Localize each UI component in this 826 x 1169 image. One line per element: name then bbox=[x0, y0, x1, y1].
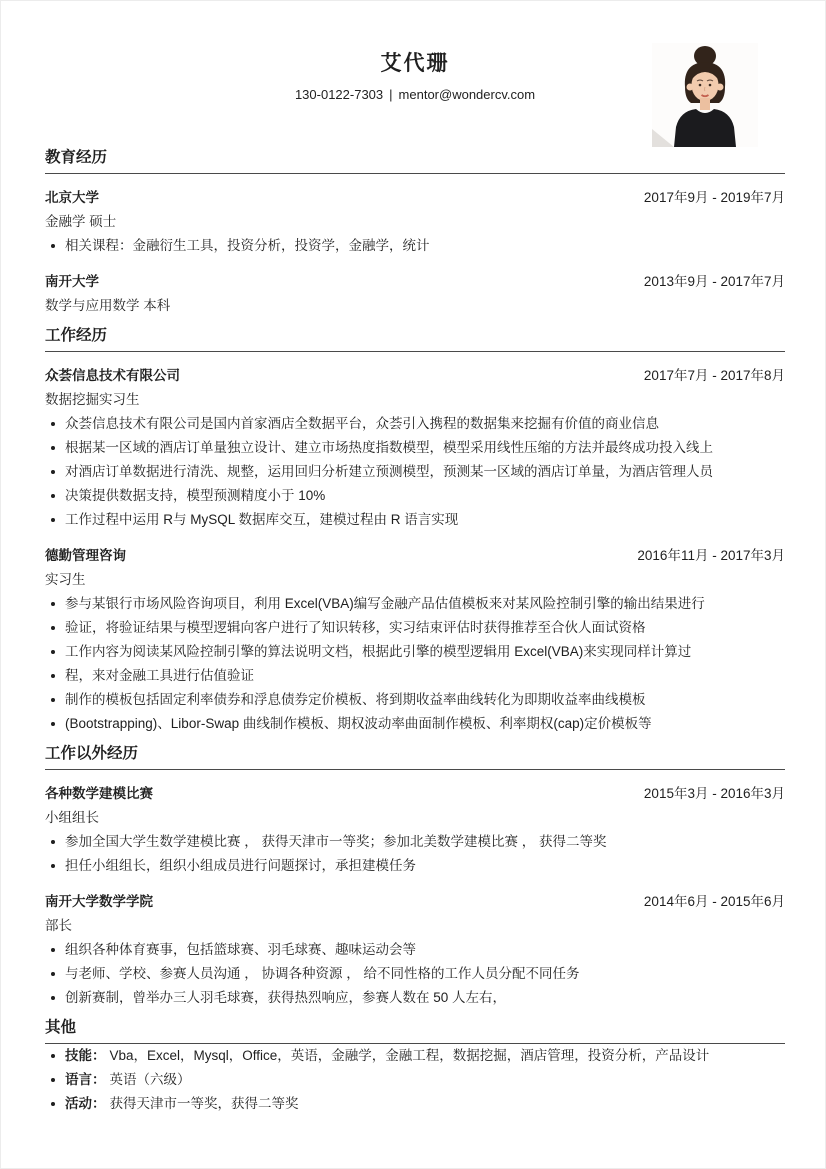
entry-subtitle: 金融学 硕士 bbox=[45, 210, 785, 234]
bullet-list: 参加全国大学生数学建模比赛 ， 获得天津市一等奖；参加北美数学建模比赛 ， 获得… bbox=[45, 830, 785, 878]
bullet-item: 对酒店订单数据进行清洗、规整，运用回归分析建立预测模型，预测某一区域的酒店订单量… bbox=[45, 460, 785, 484]
bullet-text: 英语（六级） bbox=[110, 1072, 191, 1087]
entry-subtitle: 部长 bbox=[45, 914, 785, 938]
profile-photo bbox=[652, 43, 758, 147]
phone-number: 130-0122-7303 bbox=[295, 87, 383, 102]
bullet-list: 众荟信息技术有限公司是国内首家酒店全数据平台，众荟引入携程的数据集来挖掘有价值的… bbox=[45, 412, 785, 532]
bullet-item: 相关课程：金融衍生工具，投资分析，投资学，金融学，统计 bbox=[45, 234, 785, 258]
bullet-item: 活动：获得天津市一等奖，获得二等奖 bbox=[45, 1092, 785, 1116]
bullet-text: Vba，Excel，Mysql，Office，英语，金融学，金融工程，数据挖掘，… bbox=[110, 1048, 710, 1063]
entry-title: 各种数学建模比赛 bbox=[45, 782, 153, 806]
entry-title: 德勤管理咨询 bbox=[45, 544, 126, 568]
section-title-extracurricular: 工作以外经历 bbox=[45, 744, 785, 770]
bullet-item: 根据某一区域的酒店订单量独立设计、建立市场热度指数模型，模型采用线性压缩的方法并… bbox=[45, 436, 785, 460]
bullet-label: 语言： bbox=[65, 1072, 106, 1087]
resume-page: 艾代珊 130-0122-7303|mentor@wondercv.com bbox=[1, 1, 825, 1116]
bullet-list: 技能：Vba，Excel，Mysql，Office，英语，金融学，金融工程，数据… bbox=[45, 1044, 785, 1116]
entry-title: 南开大学数学学院 bbox=[45, 890, 153, 914]
entry-header: 德勤管理咨询2016年11月 - 2017年3月 bbox=[45, 544, 785, 568]
bullet-item: 众荟信息技术有限公司是国内首家酒店全数据平台，众荟引入携程的数据集来挖掘有价值的… bbox=[45, 412, 785, 436]
bullet-list: 参与某银行市场风险咨询项目，利用 Excel(VBA)编写金融产品估值模板来对某… bbox=[45, 592, 785, 736]
entry-title: 北京大学 bbox=[45, 186, 99, 210]
bullet-list: 相关课程：金融衍生工具，投资分析，投资学，金融学，统计 bbox=[45, 234, 785, 258]
email-address: mentor@wondercv.com bbox=[399, 87, 536, 102]
bullet-item: 组织各种体育赛事，包括篮球赛、羽毛球赛、趣味运动会等 bbox=[45, 938, 785, 962]
bullet-item: 验证，将验证结果与模型逻辑向客户进行了知识转移，实习结束评估时获得推荐至合伙人面… bbox=[45, 616, 785, 640]
entry-date: 2017年9月 - 2019年7月 bbox=[644, 186, 785, 210]
bullet-item: 工作内容为阅读某风险控制引擎的算法说明文档，根据此引擎的模型逻辑用 Excel(… bbox=[45, 640, 785, 664]
entry-subtitle: 小组组长 bbox=[45, 806, 785, 830]
bullet-item: 工作过程中运用 R与 MySQL 数据库交互，建模过程由 R 语言实现 bbox=[45, 508, 785, 532]
bullet-label: 技能： bbox=[65, 1048, 106, 1063]
section-education: 教育经历北京大学2017年9月 - 2019年7月金融学 硕士相关课程：金融衍生… bbox=[45, 148, 785, 318]
bullet-item: 担任小组组长，组织小组成员进行问题探讨，承担建模任务 bbox=[45, 854, 785, 878]
entry-date: 2017年7月 - 2017年8月 bbox=[644, 364, 785, 388]
bullet-item: 语言：英语（六级） bbox=[45, 1068, 785, 1092]
section-title-education: 教育经历 bbox=[45, 148, 785, 174]
entry-header: 众荟信息技术有限公司2017年7月 - 2017年8月 bbox=[45, 364, 785, 388]
section-title-work: 工作经历 bbox=[45, 326, 785, 352]
section-extracurricular: 工作以外经历各种数学建模比赛2015年3月 - 2016年3月小组组长参加全国大… bbox=[45, 744, 785, 1010]
bullet-item: 创新赛制，曾举办三人羽毛球赛，获得热烈响应，参赛人数在 50 人左右， bbox=[45, 986, 785, 1010]
bullet-item: 参与某银行市场风险咨询项目，利用 Excel(VBA)编写金融产品估值模板来对某… bbox=[45, 592, 785, 616]
section-title-other: 其他 bbox=[45, 1018, 785, 1044]
entry-header: 北京大学2017年9月 - 2019年7月 bbox=[45, 186, 785, 210]
bullet-item: 程，来对金融工具进行估值验证 bbox=[45, 664, 785, 688]
entry-header: 南开大学数学学院2014年6月 - 2015年6月 bbox=[45, 890, 785, 914]
entry-title: 南开大学 bbox=[45, 270, 99, 294]
contact-separator: | bbox=[389, 87, 392, 102]
resume-body: 教育经历北京大学2017年9月 - 2019年7月金融学 硕士相关课程：金融衍生… bbox=[45, 148, 785, 1116]
entry-header: 各种数学建模比赛2015年3月 - 2016年3月 bbox=[45, 782, 785, 806]
bullet-item: 决策提供数据支持，模型预测精度小于 10% bbox=[45, 484, 785, 508]
entry-header: 南开大学2013年9月 - 2017年7月 bbox=[45, 270, 785, 294]
bullet-item: 技能：Vba，Excel，Mysql，Office，英语，金融学，金融工程，数据… bbox=[45, 1044, 785, 1068]
bullet-text: 获得天津市一等奖，获得二等奖 bbox=[110, 1096, 299, 1111]
section-work: 工作经历众荟信息技术有限公司2017年7月 - 2017年8月数据挖掘实习生众荟… bbox=[45, 326, 785, 736]
entry-date: 2015年3月 - 2016年3月 bbox=[644, 782, 785, 806]
section-other: 其他技能：Vba，Excel，Mysql，Office，英语，金融学，金融工程，… bbox=[45, 1018, 785, 1116]
entry-date: 2013年9月 - 2017年7月 bbox=[644, 270, 785, 294]
entry-subtitle: 实习生 bbox=[45, 568, 785, 592]
bullet-item: 参加全国大学生数学建模比赛 ， 获得天津市一等奖；参加北美数学建模比赛 ， 获得… bbox=[45, 830, 785, 854]
entry-subtitle: 数学与应用数学 本科 bbox=[45, 294, 785, 318]
entry-subtitle: 数据挖掘实习生 bbox=[45, 388, 785, 412]
entry-date: 2014年6月 - 2015年6月 bbox=[644, 890, 785, 914]
entry-title: 众荟信息技术有限公司 bbox=[45, 364, 180, 388]
bullet-item: 与老师、学校、参赛人员沟通 ， 协调各种资源 ， 给不同性格的工作人员分配不同任… bbox=[45, 962, 785, 986]
entry-date: 2016年11月 - 2017年3月 bbox=[637, 544, 785, 568]
profile-photo-illustration bbox=[652, 43, 758, 147]
bullet-label: 活动： bbox=[65, 1096, 106, 1111]
bullet-item: 制作的模板包括固定利率债券和浮息债券定价模板、将到期收益率曲线转化为即期收益率曲… bbox=[45, 688, 785, 712]
bullet-item: (Bootstrapping)、Libor-Swap 曲线制作模板、期权波动率曲… bbox=[45, 712, 785, 736]
bullet-list: 组织各种体育赛事，包括篮球赛、羽毛球赛、趣味运动会等与老师、学校、参赛人员沟通 … bbox=[45, 938, 785, 1010]
